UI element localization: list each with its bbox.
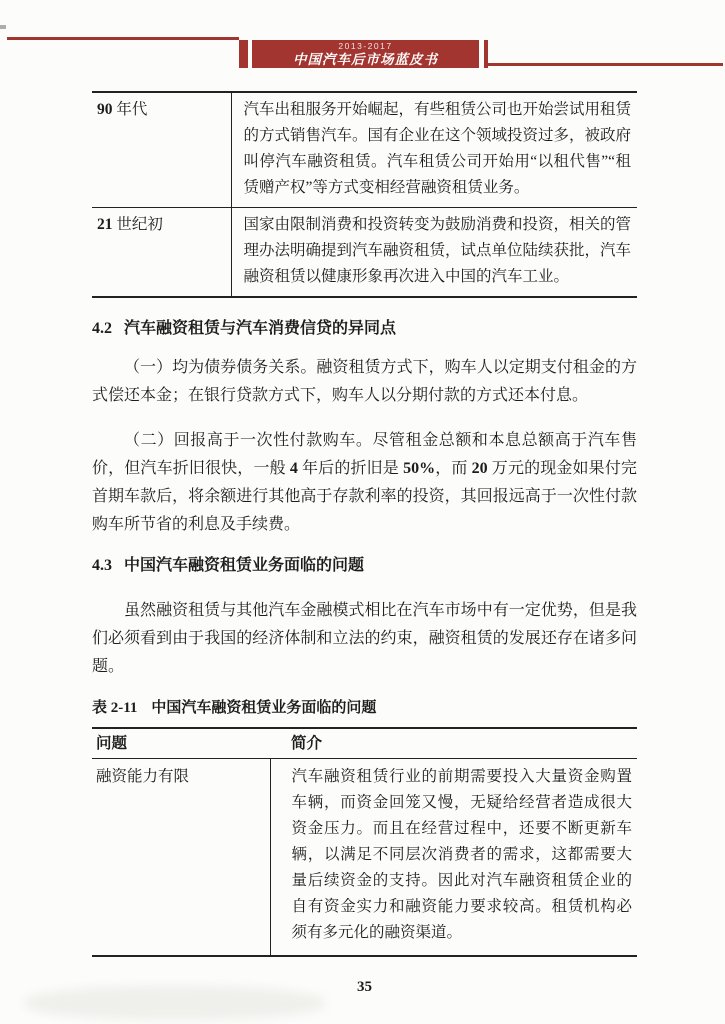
table-row: 21 世纪初 国家由限制消费和投资转变为鼓励消费和投资，相关的管理办法明确提到汽…: [92, 208, 637, 298]
paragraph-segment: 年后的折旧是: [298, 460, 403, 477]
table-header-row: 问题 简介: [92, 728, 637, 759]
problems-table: 问题 简介 融资能力有限 汽车融资租赁行业的前期需要投入大量资金购置车辆，而资金…: [92, 727, 637, 957]
problem-cell: 融资能力有限: [92, 759, 270, 957]
paragraph-compare-1: （一）均为债券债务关系。融资租赁方式下，购车人以定期支付租金的方式偿还本金；在银…: [92, 354, 637, 410]
period-number: 21: [97, 216, 113, 233]
brief-cell: 汽车融资租赁行业的前期需要投入大量资金购置车辆，而资金回笼又慢，无疑给经营者造成…: [270, 759, 637, 957]
header-banner: 2013-2017 中国汽车后市场蓝皮书: [239, 40, 488, 68]
column-header-problem: 问题: [92, 728, 270, 759]
paragraph-problems-intro: 虽然融资租赁与其他汽车金融模式相比在汽车市场中有一定优势，但是我们必须看到由于我…: [92, 597, 637, 681]
table-row: 90 年代 汽车出租服务开始崛起，有些租赁公司也开始尝试用租赁的方式销售汽车。国…: [92, 92, 637, 208]
paragraph-compare-2: （二）回报高于一次性付款购车。尽管租金总额和本息总额高于汽车售价，但汽车折旧很快…: [92, 427, 637, 539]
description-cell: 汽车出租服务开始崛起，有些租赁公司也开始尝试用租赁的方式销售汽车。国有企业在这个…: [231, 92, 637, 208]
timeline-table: 90 年代 汽车出租服务开始崛起，有些租赁公司也开始尝试用租赁的方式销售汽车。国…: [92, 91, 637, 298]
table-row: 融资能力有限 汽车融资租赁行业的前期需要投入大量资金购置车辆，而资金回笼又慢，无…: [92, 759, 637, 957]
banner-main: 2013-2017 中国汽车后市场蓝皮书: [252, 40, 479, 68]
section-number: 4.3: [92, 557, 112, 574]
period-label: 世纪初: [113, 216, 163, 233]
period-number: 90: [97, 101, 113, 118]
table-caption: 表 2-11中国汽车融资租赁业务面临的问题: [92, 698, 637, 718]
period-label: 年代: [113, 101, 148, 118]
inline-number: 20: [472, 460, 488, 477]
header-rule-left: [7, 37, 239, 40]
section-heading-4-2: 4.2汽车融资租赁与汽车消费信贷的异同点: [92, 318, 637, 339]
banner-title: 中国汽车后市场蓝皮书: [293, 52, 438, 67]
description-cell: 国家由限制消费和投资转变为鼓励消费和投资，相关的管理办法明确提到汽车融资租赁，试…: [231, 208, 637, 298]
scan-smudge: [25, 986, 325, 1020]
column-header-brief: 简介: [270, 728, 637, 759]
section-heading-4-3: 4.3中国汽车融资租赁业务面临的问题: [92, 555, 637, 576]
table-caption-label: 表 2-11: [92, 700, 137, 716]
header-rule-right: [488, 63, 723, 66]
period-cell: 21 世纪初: [92, 208, 231, 298]
section-title: 中国汽车融资租赁业务面临的问题: [124, 557, 364, 574]
page-content: 90 年代 汽车出租服务开始崛起，有些租赁公司也开始尝试用租赁的方式销售汽车。国…: [92, 91, 637, 996]
document-page: 2013-2017 中国汽车后市场蓝皮书 90 年代 汽车出租服务开始崛起，有些…: [0, 0, 725, 1024]
inline-number: 4: [290, 460, 298, 477]
table-caption-title: 中国汽车融资租赁业务面临的问题: [151, 699, 376, 716]
scan-speck: [0, 25, 6, 29]
paragraph-segment: ，而: [435, 460, 472, 477]
period-cell: 90 年代: [92, 92, 231, 208]
section-number: 4.2: [92, 320, 112, 337]
banner-years: 2013-2017: [338, 42, 392, 51]
banner-bar-left: [239, 40, 248, 68]
section-title: 汽车融资租赁与汽车消费信贷的异同点: [124, 320, 396, 337]
inline-number: 50%: [403, 460, 435, 477]
